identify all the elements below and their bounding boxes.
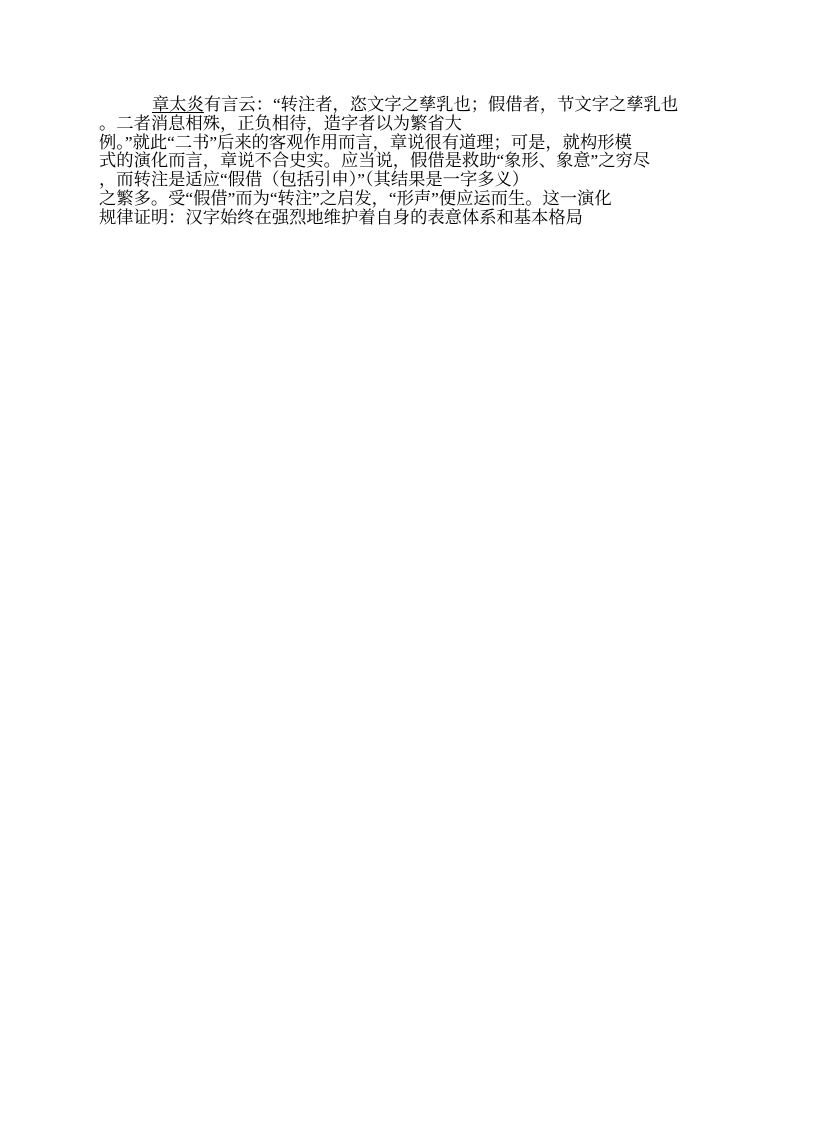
text-line: 式的演化而言，章说不合史实。应当说，假借是救助“象形、象意”之穷尽 <box>99 152 685 171</box>
text-line: 规律证明：汉字始终在强烈地维护着自身的表意体系和基本格局 <box>99 209 685 228</box>
underlined-author-name: 章太炎 <box>152 95 204 114</box>
text-line: 。二者消息相殊，正负相待，造字者以为繁省大 <box>99 115 685 134</box>
text-line-rest: 有言云：“转注者，恣文字之孳乳也；假借者，节文字之孳乳也 <box>204 95 678 114</box>
text-line: 例。”就此“二书”后来的客观作用而言，章说很有道理；可是，就构形模 <box>99 134 685 153</box>
text-line: 章太炎有言云：“转注者，恣文字之孳乳也；假借者，节文字之孳乳也 <box>99 96 685 115</box>
paragraph-block: 章太炎有言云：“转注者，恣文字之孳乳也；假借者，节文字之孳乳也 。二者消息相殊，… <box>99 96 685 228</box>
text-line: ，而转注是适应“假借（包括引申）”（其结果是一字多义） <box>99 171 685 190</box>
text-line: 之繁多。受“假借”而为“转注”之启发，“形声”便应运而生。这一演化 <box>99 190 685 209</box>
document-page: 章太炎有言云：“转注者，恣文字之孳乳也；假借者，节文字之孳乳也 。二者消息相殊，… <box>0 0 816 1123</box>
